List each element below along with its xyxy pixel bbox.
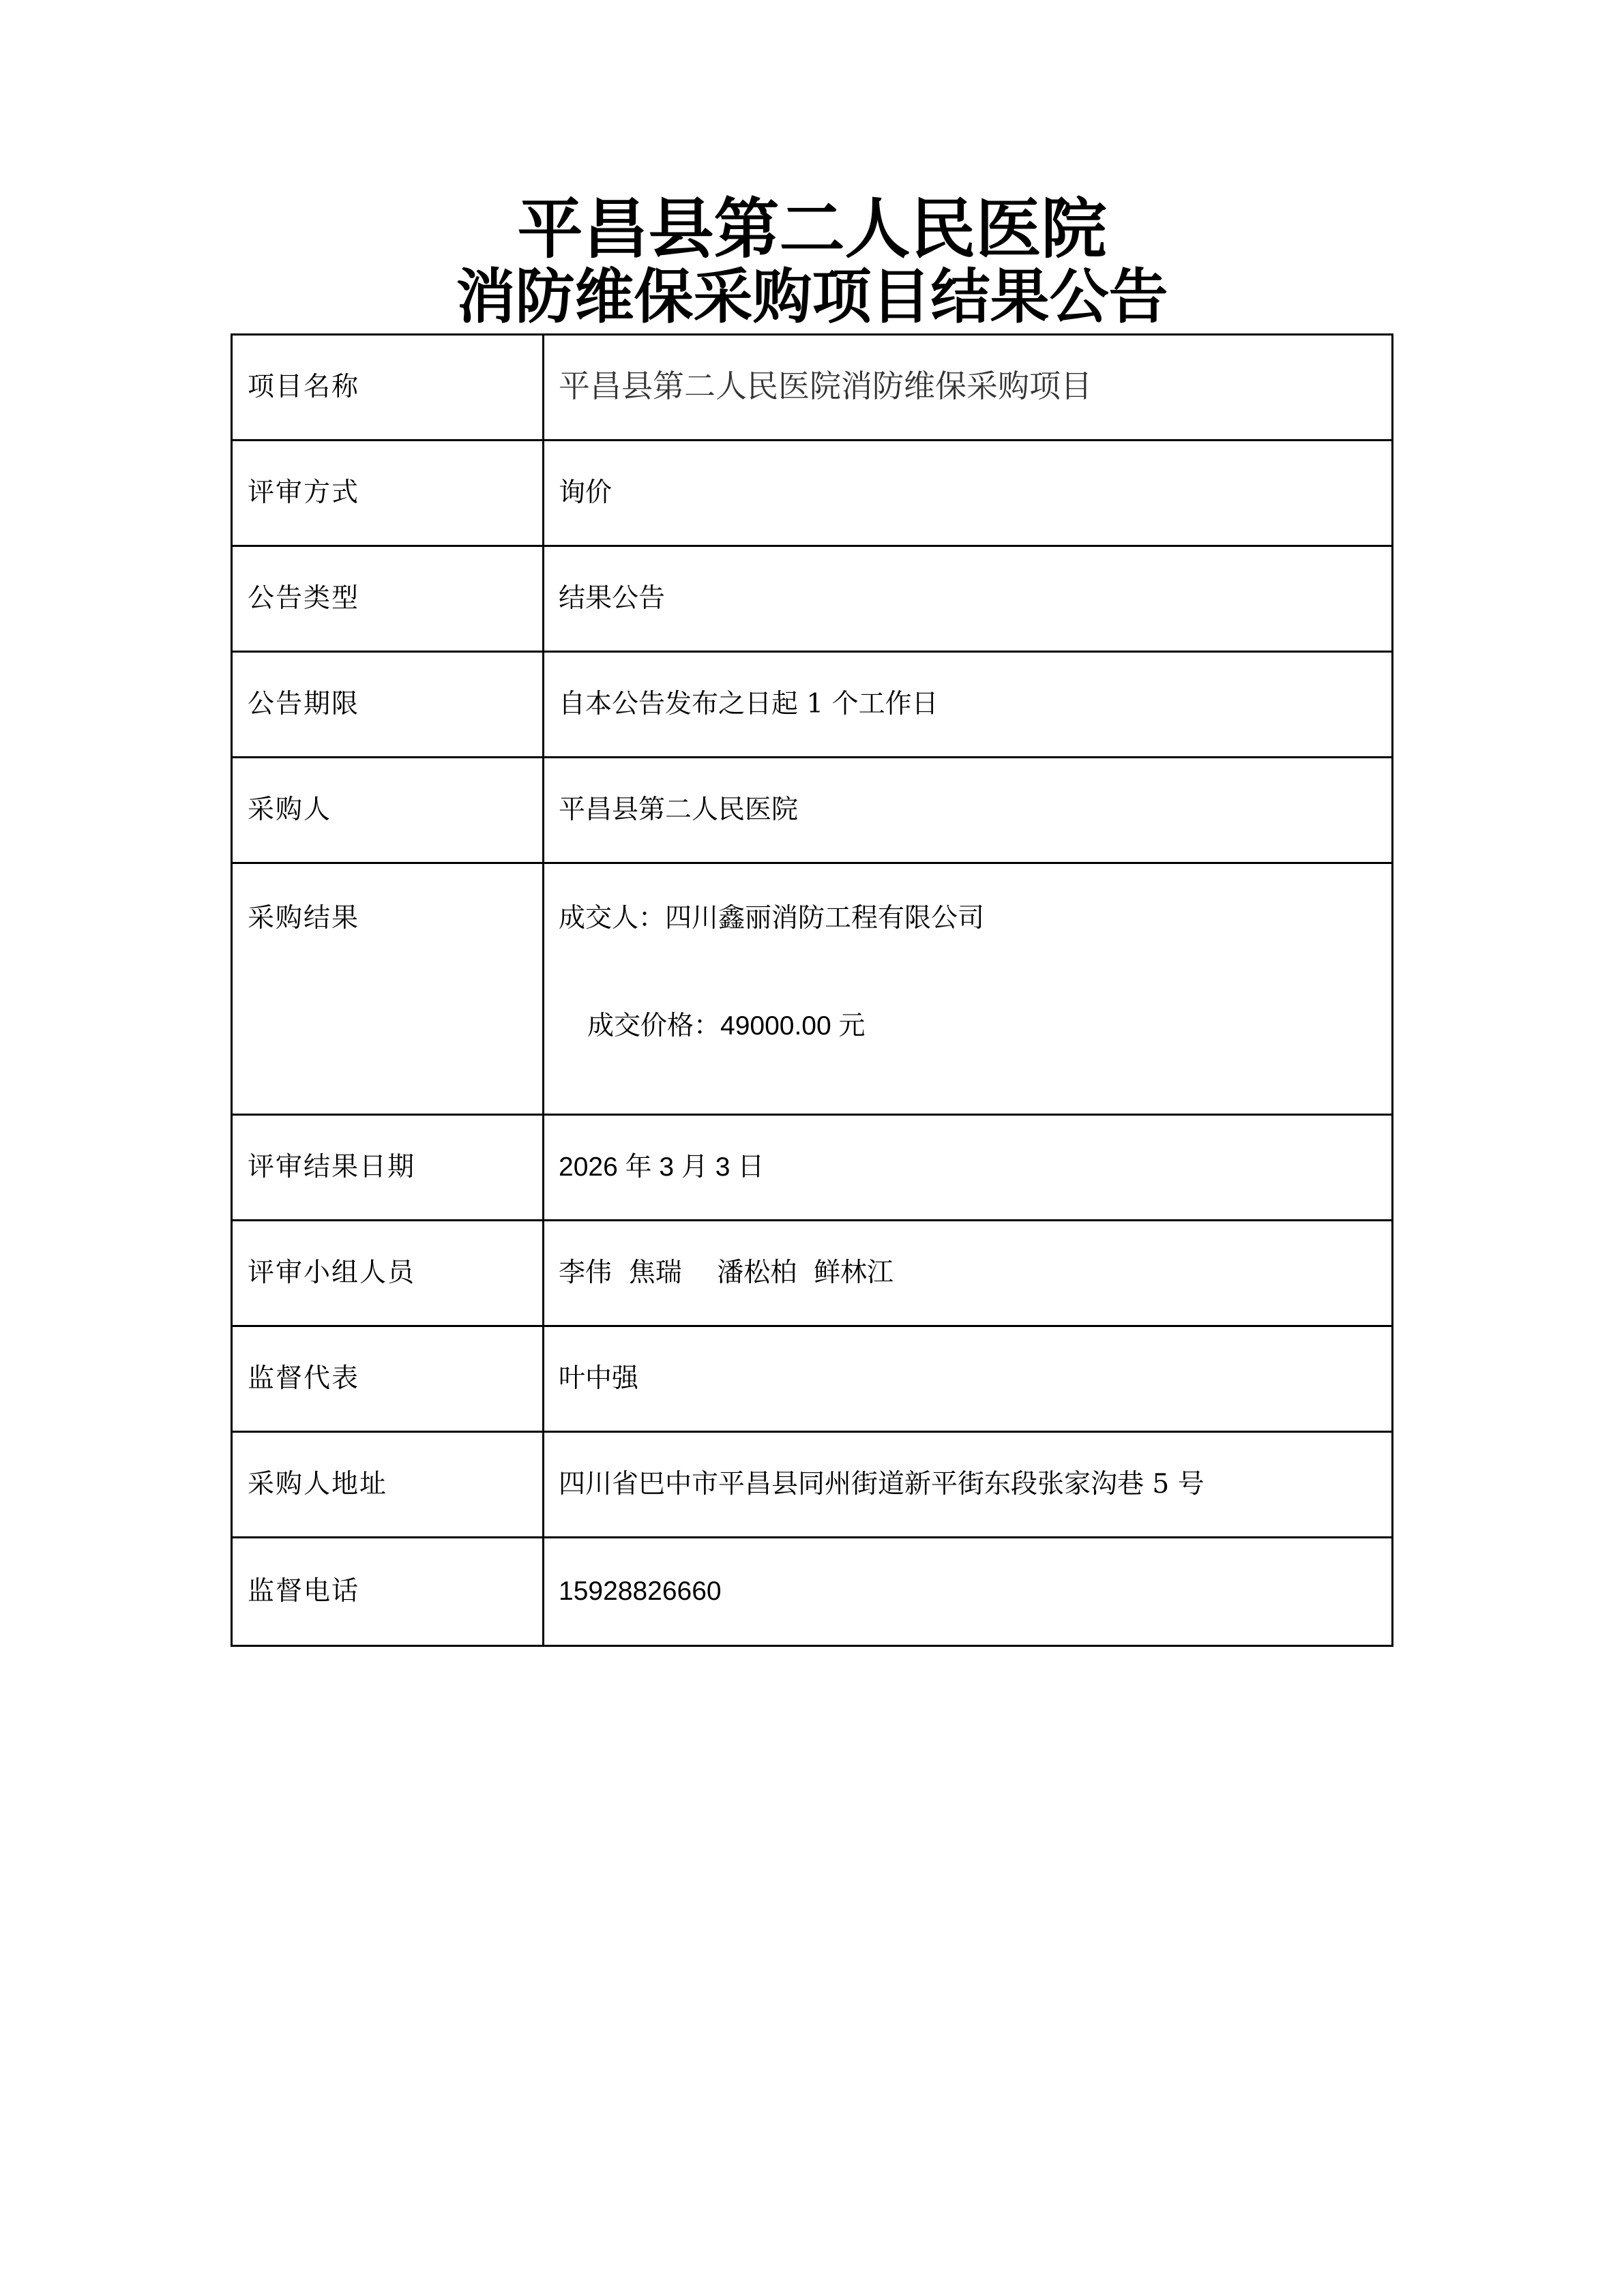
winning-bidder: 成交人：四川鑫丽消防工程有限公司 (559, 901, 1391, 936)
row-label: 监督电话 (232, 1538, 544, 1646)
notice-type-value: 结果公告 (544, 546, 1393, 652)
row-label: 评审结果日期 (232, 1115, 544, 1221)
row-label: 项目名称 (232, 335, 544, 441)
table-row-procurement-result: 采购结果 成交人：四川鑫丽消防工程有限公司 成交价格：49000.00 元 (232, 863, 1393, 1115)
table-row-supervisor: 监督代表 叶中强 (232, 1326, 1393, 1432)
row-label: 公告类型 (232, 546, 544, 652)
purchaser-value: 平昌县第二人民医院 (544, 758, 1393, 863)
table-row-notice-period: 公告期限 自本公告发布之日起 1 个工作日 (232, 652, 1393, 758)
row-label: 评审方式 (232, 441, 544, 546)
document-title-line1: 平昌县第二人民医院 (231, 192, 1393, 266)
row-label: 监督代表 (232, 1326, 544, 1432)
table-row-supervision-phone: 监督电话 15928826660 (232, 1538, 1393, 1646)
document-title-line2: 消防维保采购项目结果公告 (231, 261, 1393, 332)
row-label: 评审小组人员 (232, 1221, 544, 1326)
row-label: 采购人 (232, 758, 544, 863)
table-row-project-name: 项目名称 平昌县第二人民医院消防维保采购项目 (232, 335, 1393, 441)
table-row-notice-type: 公告类型 结果公告 (232, 546, 1393, 652)
table-row-review-panel: 评审小组人员 李伟 焦瑞 潘松柏 鲜林江 (232, 1221, 1393, 1326)
row-label: 采购结果 (232, 863, 544, 1115)
review-method-value: 询价 (544, 441, 1393, 546)
row-label: 公告期限 (232, 652, 544, 758)
project-name-value: 平昌县第二人民医院消防维保采购项目 (559, 368, 1092, 404)
table-row-review-date: 评审结果日期 2026 年 3 月 3 日 (232, 1115, 1393, 1221)
procurement-result-label: 采购结果 (248, 901, 542, 936)
table-row-review-method: 评审方式 询价 (232, 441, 1393, 546)
table-row-purchaser: 采购人 平昌县第二人民医院 (232, 758, 1393, 863)
review-panel-value: 李伟 焦瑞 潘松柏 鲜林江 (544, 1221, 1393, 1326)
supervisor-value: 叶中强 (544, 1326, 1393, 1432)
row-label: 采购人地址 (232, 1432, 544, 1538)
purchaser-address-value: 四川省巴中市平昌县同州街道新平街东段张家沟巷 5 号 (544, 1432, 1393, 1538)
procurement-result-value: 成交人：四川鑫丽消防工程有限公司 成交价格：49000.00 元 (544, 863, 1393, 1115)
winning-price: 成交价格：49000.00 元 (559, 1009, 1391, 1043)
table-row-purchaser-address: 采购人地址 四川省巴中市平昌县同州街道新平街东段张家沟巷 5 号 (232, 1432, 1393, 1538)
notice-period-value: 自本公告发布之日起 1 个工作日 (544, 652, 1393, 758)
row-value: 平昌县第二人民医院消防维保采购项目 (544, 335, 1393, 441)
result-notice-table: 项目名称 平昌县第二人民医院消防维保采购项目 评审方式 询价 公告类型 结果公告… (231, 333, 1393, 1647)
supervision-phone-value: 15928826660 (544, 1538, 1393, 1646)
review-date-value: 2026 年 3 月 3 日 (544, 1115, 1393, 1221)
